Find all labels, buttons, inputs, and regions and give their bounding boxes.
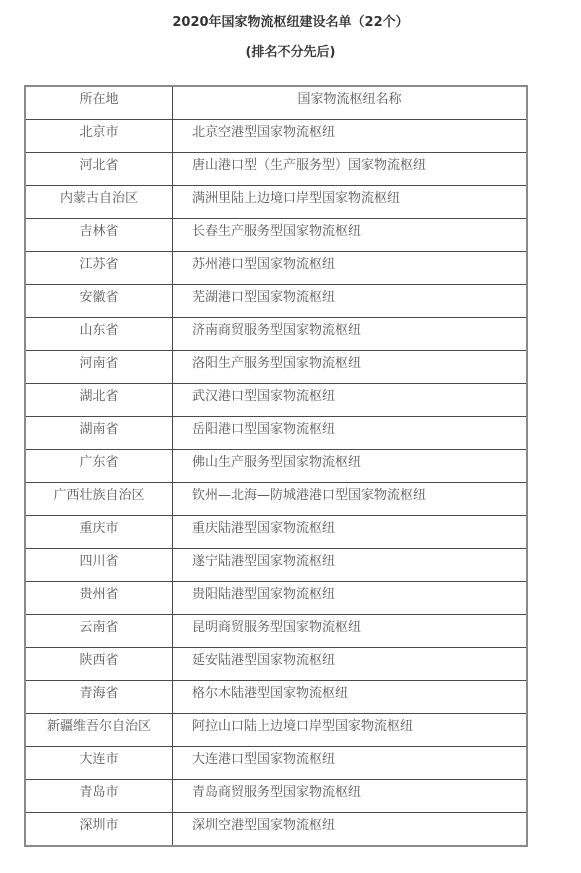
location-cell: 陕西省 — [25, 648, 173, 681]
hub-name-cell: 贵阳陆港型国家物流枢纽 — [173, 582, 528, 615]
hub-name-text: 武汉港口型国家物流枢纽 — [173, 384, 526, 404]
location-cell: 河北省 — [25, 153, 173, 186]
location-cell: 安徽省 — [25, 285, 173, 318]
table-row: 安徽省芜湖港口型国家物流枢纽 — [25, 285, 527, 318]
location-text: 湖北省 — [26, 384, 172, 404]
hub-name-cell: 岳阳港口型国家物流枢纽 — [173, 417, 528, 450]
hub-name-cell: 武汉港口型国家物流枢纽 — [173, 384, 528, 417]
hub-name-cell: 北京空港型国家物流枢纽 — [173, 120, 528, 153]
table-row: 内蒙古自治区满洲里陆上边境口岸型国家物流枢纽 — [25, 186, 527, 219]
table-row: 广西壮族自治区钦州—北海—防城港港口型国家物流枢纽 — [25, 483, 527, 516]
table-row: 湖北省武汉港口型国家物流枢纽 — [25, 384, 527, 417]
hub-name-cell: 长春生产服务型国家物流枢纽 — [173, 219, 528, 252]
hub-name-text: 重庆陆港型国家物流枢纽 — [173, 516, 526, 536]
location-text: 广东省 — [26, 450, 172, 470]
table-row: 贵州省贵阳陆港型国家物流枢纽 — [25, 582, 527, 615]
hub-name-text: 钦州—北海—防城港港口型国家物流枢纽 — [173, 483, 526, 503]
table-row: 河南省洛阳生产服务型国家物流枢纽 — [25, 351, 527, 384]
hub-name-text: 格尔木陆港型国家物流枢纽 — [173, 681, 526, 701]
hub-name-text: 洛阳生产服务型国家物流枢纽 — [173, 351, 526, 371]
location-text: 青海省 — [26, 681, 172, 701]
location-cell: 广西壮族自治区 — [25, 483, 173, 516]
location-cell: 青海省 — [25, 681, 173, 714]
location-cell: 新疆维吾尔自治区 — [25, 714, 173, 747]
hub-name-cell: 重庆陆港型国家物流枢纽 — [173, 516, 528, 549]
location-cell: 吉林省 — [25, 219, 173, 252]
location-text: 河北省 — [26, 153, 172, 173]
hub-name-text: 阿拉山口陆上边境口岸型国家物流枢纽 — [173, 714, 526, 734]
location-cell: 内蒙古自治区 — [25, 186, 173, 219]
location-text: 青岛市 — [26, 780, 172, 800]
table-row: 云南省昆明商贸服务型国家物流枢纽 — [25, 615, 527, 648]
hub-name-cell: 佛山生产服务型国家物流枢纽 — [173, 450, 528, 483]
hub-name-text: 大连港口型国家物流枢纽 — [173, 747, 526, 767]
table-row: 湖南省岳阳港口型国家物流枢纽 — [25, 417, 527, 450]
table-row: 深圳市深圳空港型国家物流枢纽 — [25, 813, 527, 847]
table-row: 新疆维吾尔自治区阿拉山口陆上边境口岸型国家物流枢纽 — [25, 714, 527, 747]
table-row: 四川省遂宁陆港型国家物流枢纽 — [25, 549, 527, 582]
location-cell: 贵州省 — [25, 582, 173, 615]
location-cell: 北京市 — [25, 120, 173, 153]
hub-name-cell: 大连港口型国家物流枢纽 — [173, 747, 528, 780]
hub-name-text: 青岛商贸服务型国家物流枢纽 — [173, 780, 526, 800]
table-row: 重庆市重庆陆港型国家物流枢纽 — [25, 516, 527, 549]
hub-name-cell: 洛阳生产服务型国家物流枢纽 — [173, 351, 528, 384]
location-cell: 湖南省 — [25, 417, 173, 450]
location-text: 内蒙古自治区 — [26, 186, 172, 206]
table-row: 青岛市青岛商贸服务型国家物流枢纽 — [25, 780, 527, 813]
logistics-hub-table: 所在地 国家物流枢纽名称 北京市北京空港型国家物流枢纽河北省唐山港口型（生产服务… — [24, 85, 528, 847]
location-text: 重庆市 — [26, 516, 172, 536]
hub-name-text: 昆明商贸服务型国家物流枢纽 — [173, 615, 526, 635]
hub-name-cell: 格尔木陆港型国家物流枢纽 — [173, 681, 528, 714]
location-text: 湖南省 — [26, 417, 172, 437]
location-cell: 江苏省 — [25, 252, 173, 285]
hub-name-cell: 青岛商贸服务型国家物流枢纽 — [173, 780, 528, 813]
hub-name-text: 芜湖港口型国家物流枢纽 — [173, 285, 526, 305]
location-text: 新疆维吾尔自治区 — [26, 714, 172, 734]
hub-name-text: 唐山港口型（生产服务型）国家物流枢纽 — [173, 153, 526, 173]
location-cell: 青岛市 — [25, 780, 173, 813]
location-text: 河南省 — [26, 351, 172, 371]
hub-name-cell: 满洲里陆上边境口岸型国家物流枢纽 — [173, 186, 528, 219]
hub-name-cell: 芜湖港口型国家物流枢纽 — [173, 285, 528, 318]
table-row: 陕西省延安陆港型国家物流枢纽 — [25, 648, 527, 681]
hub-name-text: 济南商贸服务型国家物流枢纽 — [173, 318, 526, 338]
hub-name-text: 深圳空港型国家物流枢纽 — [173, 813, 526, 833]
hub-name-text: 贵阳陆港型国家物流枢纽 — [173, 582, 526, 602]
hub-name-text: 延安陆港型国家物流枢纽 — [173, 648, 526, 668]
hub-name-cell: 苏州港口型国家物流枢纽 — [173, 252, 528, 285]
table-row: 北京市北京空港型国家物流枢纽 — [25, 120, 527, 153]
table-row: 大连市大连港口型国家物流枢纽 — [25, 747, 527, 780]
table-row: 青海省格尔木陆港型国家物流枢纽 — [25, 681, 527, 714]
hub-name-cell: 济南商贸服务型国家物流枢纽 — [173, 318, 528, 351]
location-cell: 广东省 — [25, 450, 173, 483]
hub-name-text: 苏州港口型国家物流枢纽 — [173, 252, 526, 272]
location-text: 吉林省 — [26, 219, 172, 239]
location-text: 陕西省 — [26, 648, 172, 668]
location-cell: 四川省 — [25, 549, 173, 582]
hub-name-cell: 昆明商贸服务型国家物流枢纽 — [173, 615, 528, 648]
header-location: 所在地 — [25, 86, 173, 120]
location-cell: 重庆市 — [25, 516, 173, 549]
hub-name-cell: 深圳空港型国家物流枢纽 — [173, 813, 528, 847]
hub-name-text: 北京空港型国家物流枢纽 — [173, 120, 526, 140]
hub-name-cell: 唐山港口型（生产服务型）国家物流枢纽 — [173, 153, 528, 186]
table-row: 河北省唐山港口型（生产服务型）国家物流枢纽 — [25, 153, 527, 186]
location-cell: 山东省 — [25, 318, 173, 351]
hub-name-cell: 遂宁陆港型国家物流枢纽 — [173, 549, 528, 582]
hub-name-text: 岳阳港口型国家物流枢纽 — [173, 417, 526, 437]
location-text: 贵州省 — [26, 582, 172, 602]
hub-name-cell: 阿拉山口陆上边境口岸型国家物流枢纽 — [173, 714, 528, 747]
location-text: 北京市 — [26, 120, 172, 140]
hub-name-text: 长春生产服务型国家物流枢纽 — [173, 219, 526, 239]
document-title: 2020年国家物流枢纽建设名单（22个） — [0, 14, 581, 32]
hub-name-cell: 钦州—北海—防城港港口型国家物流枢纽 — [173, 483, 528, 516]
location-text: 江苏省 — [26, 252, 172, 272]
location-cell: 深圳市 — [25, 813, 173, 847]
location-cell: 云南省 — [25, 615, 173, 648]
table-header-row: 所在地 国家物流枢纽名称 — [25, 86, 527, 120]
table-row: 山东省济南商贸服务型国家物流枢纽 — [25, 318, 527, 351]
location-text: 安徽省 — [26, 285, 172, 305]
hub-name-text: 满洲里陆上边境口岸型国家物流枢纽 — [173, 186, 526, 206]
location-cell: 河南省 — [25, 351, 173, 384]
location-text: 深圳市 — [26, 813, 172, 833]
location-text: 广西壮族自治区 — [26, 483, 172, 503]
location-text: 山东省 — [26, 318, 172, 338]
table-row: 吉林省长春生产服务型国家物流枢纽 — [25, 219, 527, 252]
hub-name-text: 遂宁陆港型国家物流枢纽 — [173, 549, 526, 569]
location-cell: 湖北省 — [25, 384, 173, 417]
location-text: 大连市 — [26, 747, 172, 767]
header-hub-name: 国家物流枢纽名称 — [173, 86, 528, 120]
document-subtitle: (排名不分先后) — [0, 44, 581, 62]
location-text: 云南省 — [26, 615, 172, 635]
hub-name-cell: 延安陆港型国家物流枢纽 — [173, 648, 528, 681]
location-text: 四川省 — [26, 549, 172, 569]
table-row: 广东省佛山生产服务型国家物流枢纽 — [25, 450, 527, 483]
hub-name-text: 佛山生产服务型国家物流枢纽 — [173, 450, 526, 470]
table-row: 江苏省苏州港口型国家物流枢纽 — [25, 252, 527, 285]
location-cell: 大连市 — [25, 747, 173, 780]
